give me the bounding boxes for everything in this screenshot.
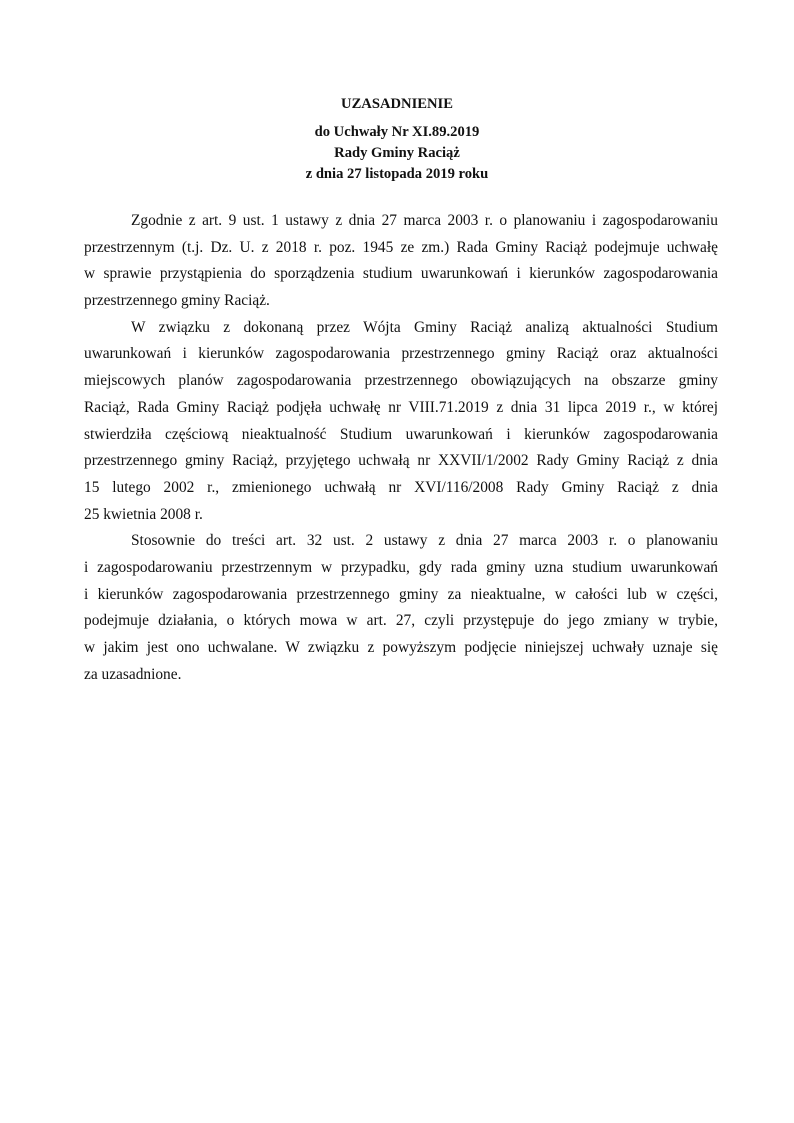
text-line: w jakim jest ono uchwalane. W związku z … (84, 635, 718, 662)
text-line: Raciąż, Rada Gminy Raciąż podjęła uchwał… (84, 395, 718, 422)
paragraph-legal-basis: Zgodnie z art. 9 ust. 1 ustawy z dnia 27… (84, 208, 718, 315)
text-line: przestrzennym (t.j. Dz. U. z 2018 r. poz… (84, 235, 718, 262)
document-page: UZASADNIENIE do Uchwały Nr XI.89.2019 Ra… (0, 0, 794, 1123)
resolution-date: z dnia 27 listopada 2019 roku (0, 164, 794, 184)
text-line: miejscowych planów zagospodarowania prze… (84, 368, 718, 395)
paragraph-analysis: W związku z dokonaną przez Wójta Gminy R… (84, 315, 718, 529)
text-line: przestrzennego gminy Raciąż. (84, 288, 718, 315)
text-line: uwarunkowań i kierunków zagospodarowania… (84, 341, 718, 368)
council-name: Rady Gminy Raciąż (0, 143, 794, 163)
text-line: w sprawie przystąpienia do sporządzenia … (84, 261, 718, 288)
text-line: podejmuje działania, o których mowa w ar… (84, 608, 718, 635)
paragraph-conclusion: Stosownie do treści art. 32 ust. 2 ustaw… (84, 528, 718, 688)
resolution-number: do Uchwały Nr XI.89.2019 (0, 122, 794, 142)
document-title: UZASADNIENIE (0, 94, 794, 114)
text-line: i kierunków zagospodarowania przestrzenn… (84, 582, 718, 609)
text-line: za uzasadnione. (84, 662, 718, 689)
document-body: Zgodnie z art. 9 ust. 1 ustawy z dnia 27… (84, 208, 718, 688)
text-line: i zagospodarowaniu przestrzennym w przyp… (84, 555, 718, 582)
text-line: Zgodnie z art. 9 ust. 1 ustawy z dnia 27… (84, 208, 718, 235)
text-line: stwierdziła częściową nieaktualność Stud… (84, 422, 718, 449)
text-line: 25 kwietnia 2008 r. (84, 502, 718, 529)
text-line: Stosownie do treści art. 32 ust. 2 ustaw… (84, 528, 718, 555)
text-line: przestrzennego gminy Raciąż, przyjętego … (84, 448, 718, 475)
text-line: 15 lutego 2002 r., zmienionego uchwałą n… (84, 475, 718, 502)
text-line: W związku z dokonaną przez Wójta Gminy R… (84, 315, 718, 342)
